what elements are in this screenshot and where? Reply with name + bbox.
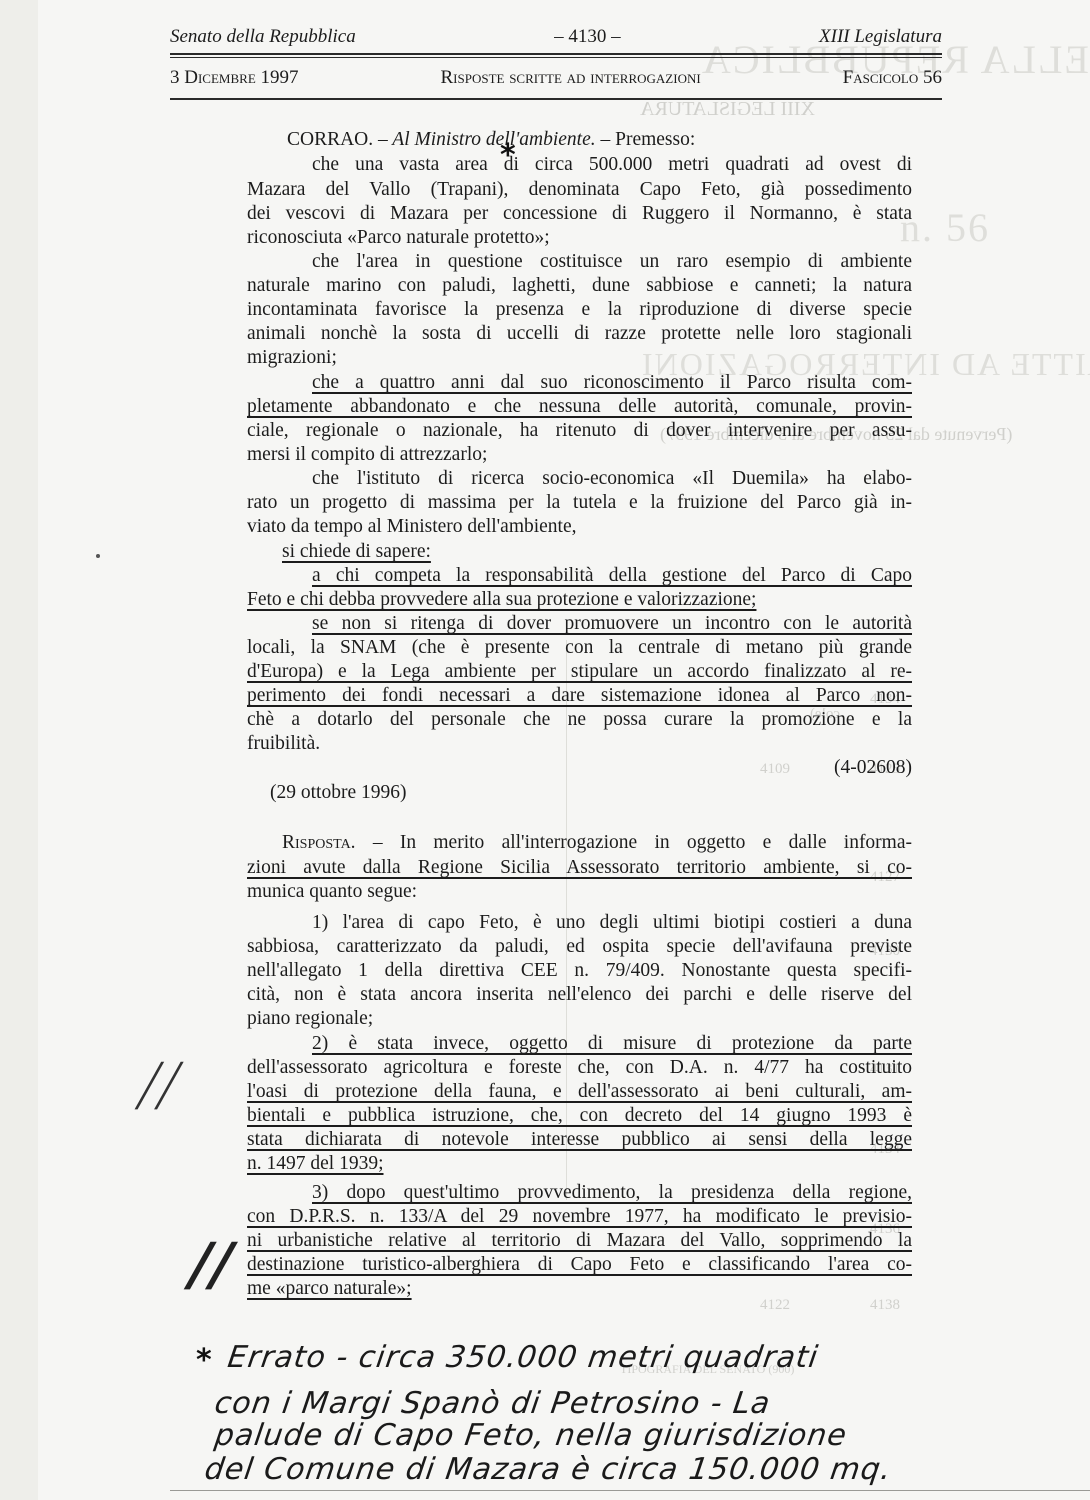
text-line: che l'istituto di ricerca socio-economic… xyxy=(312,467,912,491)
text-line: mersi il compito di attrezzarlo; xyxy=(247,443,912,467)
header-rule-double-thin xyxy=(170,57,942,58)
text-line: destinazione turistico-alberghiera di Ca… xyxy=(247,1253,912,1277)
text-line: sabbiosa, caratterizzato da paludi, ed o… xyxy=(247,935,912,959)
text-line: nell'allegato 1 della direttiva CEE n. 7… xyxy=(247,959,912,983)
text-line: incontaminata favorisce la presenza e la… xyxy=(247,298,912,322)
interrogation-addressee: – Al Ministro dell'ambiente. – xyxy=(378,129,610,150)
header-rule xyxy=(170,98,942,100)
handwritten-note-line: Errato - circa 350.000 metri quadrati xyxy=(226,1340,821,1375)
scan-left-margin xyxy=(0,0,39,1500)
text-line: Feto e chi debba provvedere alla sua pro… xyxy=(247,588,912,612)
text-line: se non si ritenga di dover promuovere un… xyxy=(312,612,912,636)
text-line: che una vasta area di circa 500.000 metr… xyxy=(312,153,912,177)
text-line: rato un progetto di massima per la tutel… xyxy=(247,491,912,515)
text-line: d'Europa) e la Lega ambiente per stipula… xyxy=(247,660,912,684)
publication-date: 3 Dicembre 1997 xyxy=(170,67,299,89)
response-first-line: Risposta. – In merito all'interrogazione… xyxy=(282,831,912,855)
text-line: si chiede di sapere: xyxy=(282,540,912,564)
fascicolo-number: Fascicolo 56 xyxy=(843,67,942,89)
stray-dot xyxy=(96,554,100,558)
response-text: – In merito all'interrogazione in oggett… xyxy=(373,832,912,853)
legislature: XIII Legislatura xyxy=(819,26,942,48)
text-line: n. 1497 del 1939; xyxy=(247,1152,912,1176)
text-line: a chi competa la responsabilità della ge… xyxy=(312,564,912,588)
text-line: me «parco naturale»; xyxy=(247,1277,912,1301)
running-header-bottom: 3 Dicembre 1997 Risposte scritte ad inte… xyxy=(170,67,942,89)
interrogation-heading: CORRAO. – Al Ministro dell'ambiente. – P… xyxy=(247,128,912,152)
text-line: pletamente abbandonato e che nessuna del… xyxy=(247,395,912,419)
text-line: locali, la SNAM (che è presente con la c… xyxy=(247,636,912,660)
text-line: l'oasi di protezione della fauna, e dell… xyxy=(247,1080,912,1104)
text-line: ciale, regionale o nazionale, ha ritenut… xyxy=(247,419,912,443)
institution-name: Senato della Repubblica xyxy=(170,26,356,48)
text-line: perimento dei fondi necessari a dare sis… xyxy=(247,684,912,708)
text-line: ni urbanistiche relative al territorio d… xyxy=(247,1229,912,1253)
text-line: viato da tempo al Ministero dell'ambient… xyxy=(247,515,912,539)
section-title: Risposte scritte ad interrogazioni xyxy=(440,67,700,89)
interrogation-intro: Premesso: xyxy=(615,129,695,150)
text-line: dei vescovi di Mazara per concessione di… xyxy=(247,202,912,226)
note-asterisk: * xyxy=(196,1343,212,1378)
handwritten-note-line: con i Margi Spanò di Petrosino - La xyxy=(213,1386,773,1421)
text-line: cità, non è stata ancora inserita nell'e… xyxy=(247,983,912,1007)
text-line: zioni avute dalla Regione Sicilia Assess… xyxy=(247,856,912,880)
text-line: riconosciuta «Parco naturale protetto»; xyxy=(247,226,912,250)
bleed-through-fascicolo: n. 56 xyxy=(900,218,990,237)
text-line: migrazioni; xyxy=(247,346,912,370)
text-line: munica quanto segue: xyxy=(247,880,912,904)
handwritten-note-line: palude di Capo Feto, nella giurisdizione xyxy=(213,1418,850,1453)
text-line: Mazara del Vallo (Trapani), denominata C… xyxy=(247,178,912,202)
text-line: dell'assessorato agricoltura e foreste c… xyxy=(247,1056,912,1080)
text-line: che l'area in questione costituisce un r… xyxy=(312,250,912,274)
text-line: che a quattro anni dal suo riconosciment… xyxy=(312,371,912,395)
text-line: naturale marino con paludi, laghetti, du… xyxy=(247,274,912,298)
page-bottom-edge xyxy=(170,1490,1090,1491)
response-label: Risposta. xyxy=(282,832,356,853)
text-line: fruibilità. xyxy=(247,732,912,756)
interrogation-author: CORRAO. xyxy=(287,129,373,150)
text-line: bientali e pubblica istruzione, che, con… xyxy=(247,1104,912,1128)
interrogation-reference-number: (4-02608) xyxy=(247,756,912,780)
text-line: chè a dotarlo del personale che ne possa… xyxy=(247,708,912,732)
running-header-top: Senato della Repubblica – 4130 – XIII Le… xyxy=(170,26,942,48)
text-line: con D.P.R.S. n. 133/A del 29 novembre 19… xyxy=(247,1205,912,1229)
text-line: piano regionale; xyxy=(247,1007,912,1031)
interrogation-date: (29 ottobre 1996) xyxy=(270,781,935,805)
text-line: stata dichiarata di notevole interesse p… xyxy=(247,1128,912,1152)
text-line: animali nonchè la sosta di uccelli di ra… xyxy=(247,322,912,346)
header-rule-double xyxy=(170,53,942,55)
text-line: 3) dopo quest'ultimo provvedimento, la p… xyxy=(312,1181,912,1205)
text-line: 2) è stata invece, oggetto di misure di … xyxy=(312,1032,912,1056)
bleed-through-subtitle: XIII LEGISLATURA xyxy=(640,100,815,119)
text-line: 1) l'area di capo Feto, è uno degli ulti… xyxy=(312,911,912,935)
handwritten-note-line: del Comune di Mazara è circa 150.000 mq. xyxy=(203,1452,894,1487)
page-number: – 4130 – xyxy=(554,26,621,48)
